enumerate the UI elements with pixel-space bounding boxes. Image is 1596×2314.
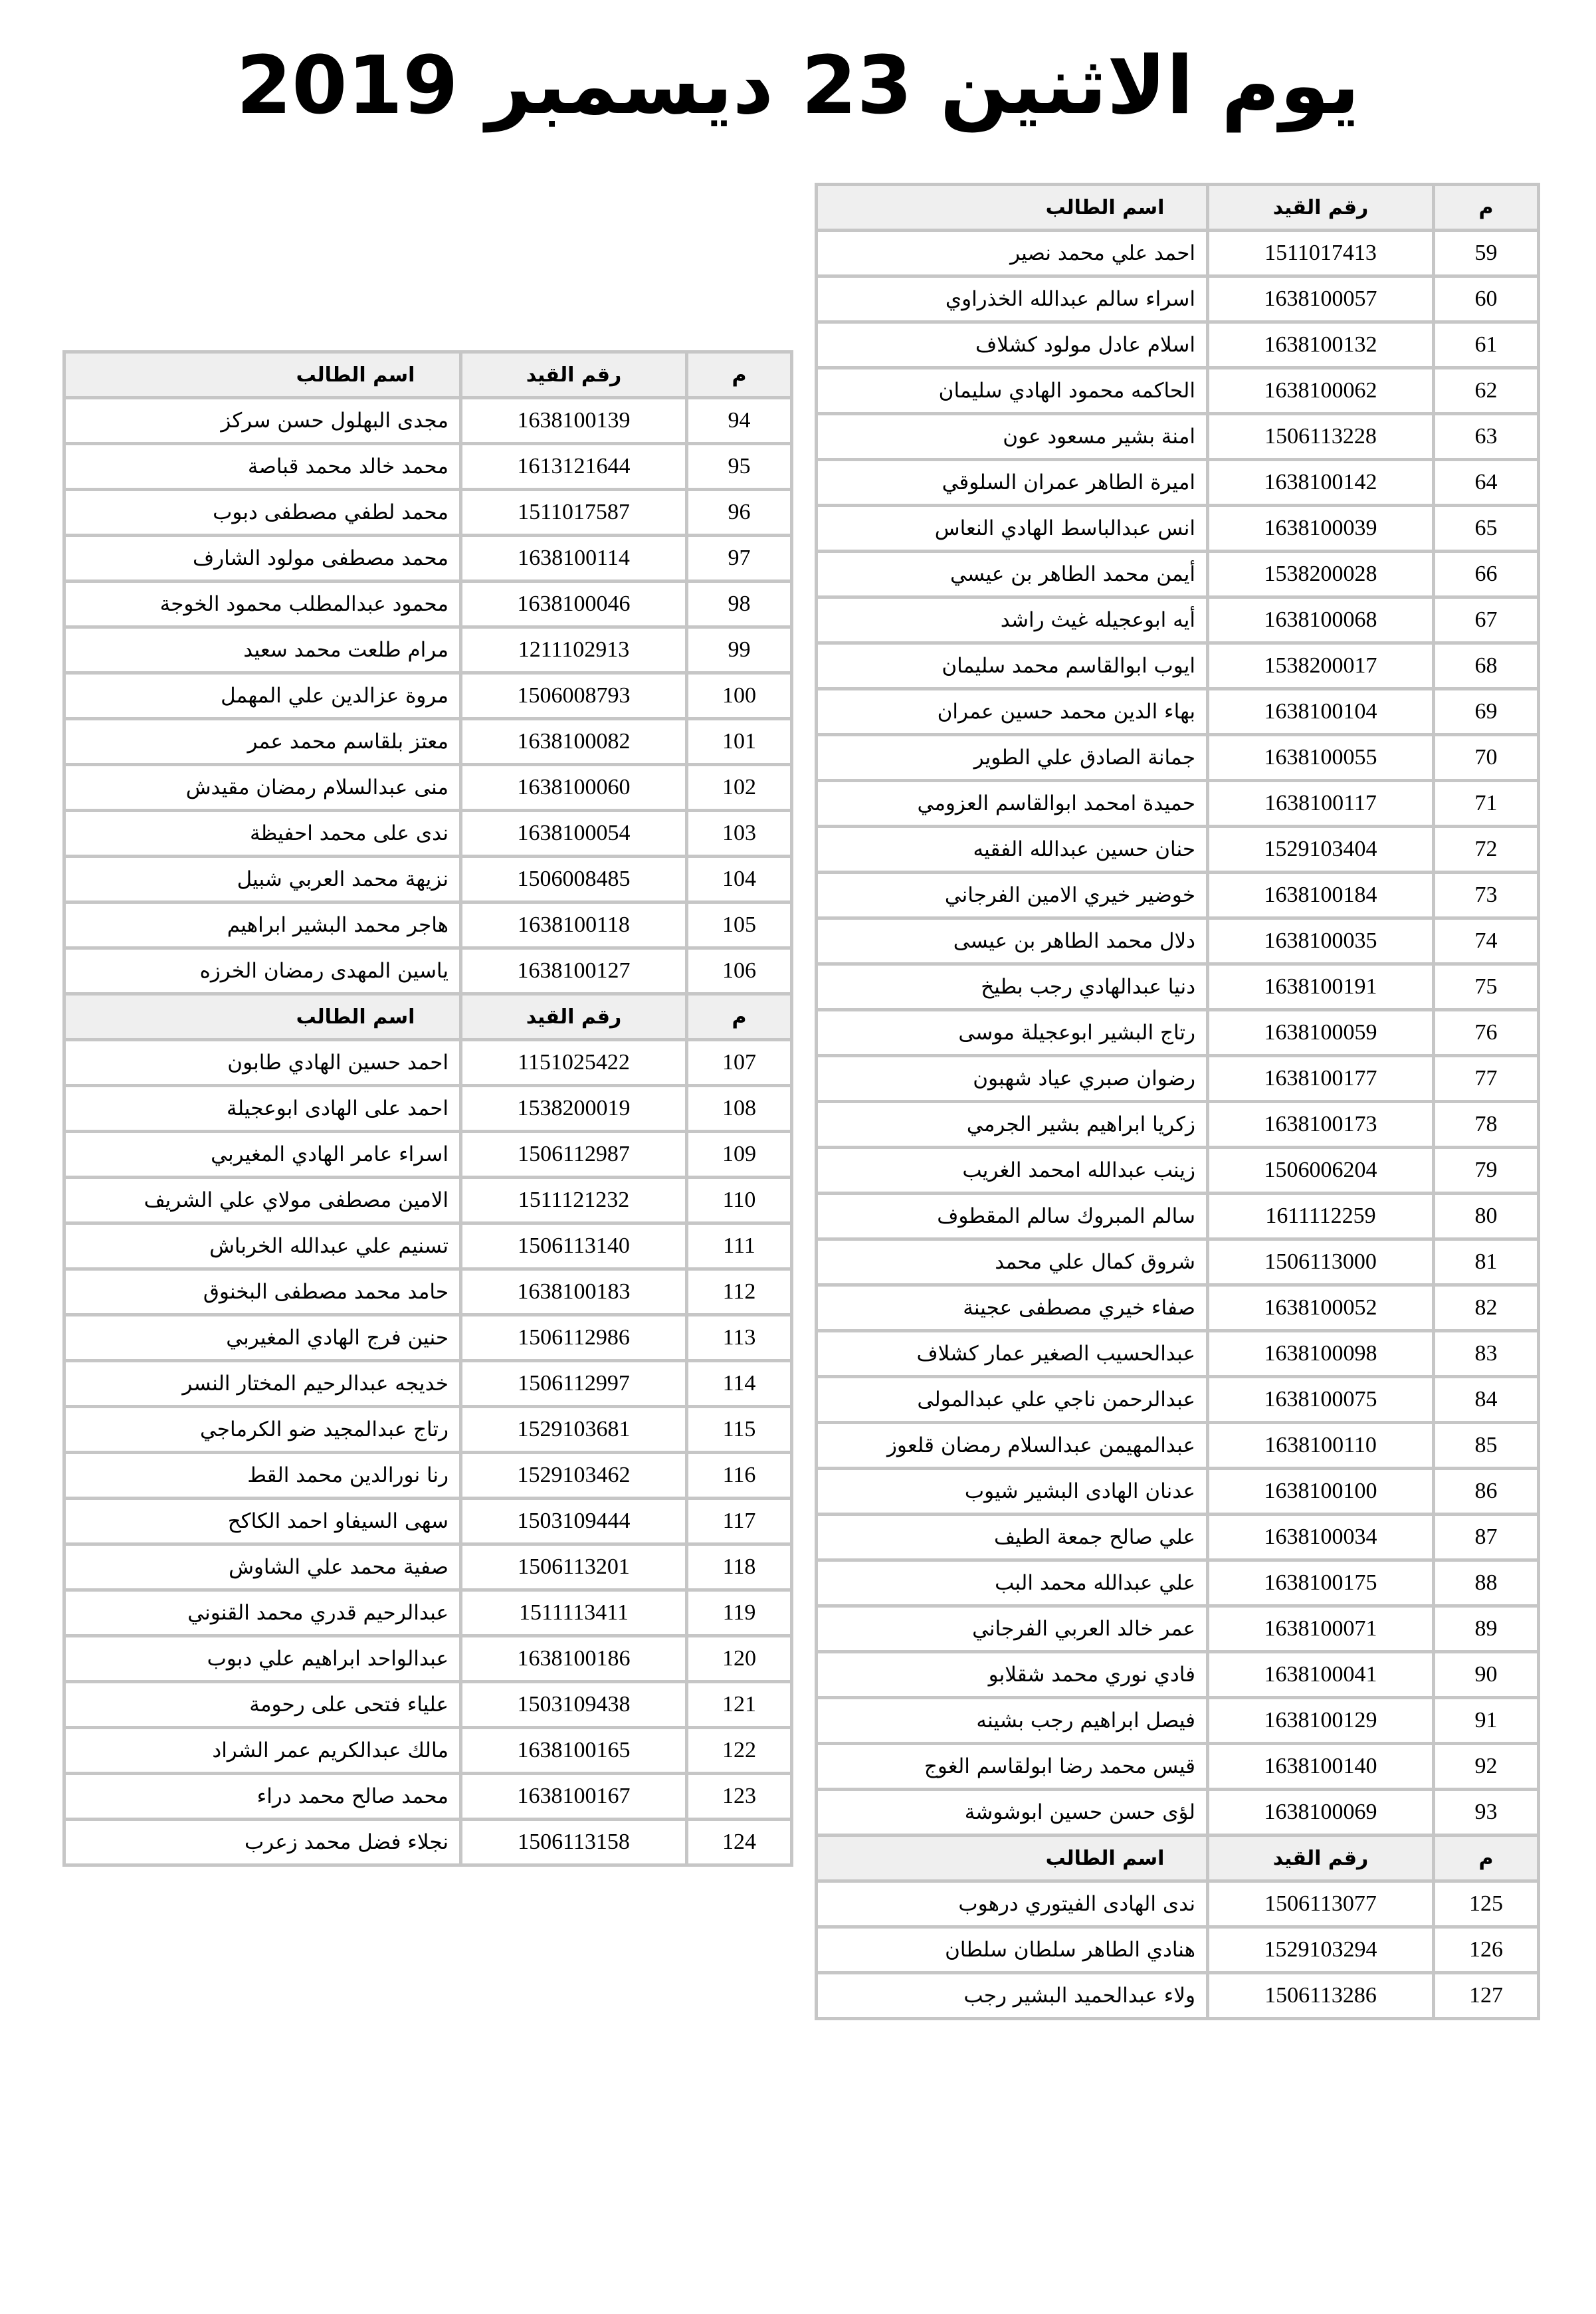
row-index: 109	[687, 1132, 792, 1178]
registration-number: 1638100039	[1208, 506, 1434, 552]
row-index: 71	[1434, 781, 1539, 827]
table-row: 1241506113158نجلاء فضل محمد زعرب	[64, 1820, 792, 1865]
student-name: قيس محمد رضا ابولقاسم الغوج	[817, 1744, 1208, 1790]
table-row: 641638100142اميرة الطاهر عمران السلوقي	[817, 460, 1539, 506]
table-row: 1111506113140تسنيم علي عبدالله الخرباش	[64, 1223, 792, 1269]
student-name: علي عبدالله محمد البب	[817, 1560, 1208, 1606]
row-index: 117	[687, 1499, 792, 1544]
registration-number: 1638100098	[1208, 1331, 1434, 1377]
registration-number: 1529103294	[1208, 1927, 1434, 1973]
registration-number: 1638100034	[1208, 1515, 1434, 1560]
row-index: 102	[687, 765, 792, 811]
registration-number: 1506112986	[461, 1315, 687, 1361]
row-index: 120	[687, 1636, 792, 1682]
registration-number: 1506006204	[1208, 1148, 1434, 1194]
table-row: 931638100069لؤى حسن حسين ابوشوشة	[817, 1790, 1539, 1836]
registration-number: 1638100177	[1208, 1056, 1434, 1102]
row-index: 107	[687, 1040, 792, 1086]
student-name: مرام طلعت محمد سعيد	[64, 627, 461, 673]
registration-number: 1638100104	[1208, 689, 1434, 735]
student-name: انس عبدالباسط الهادي النعاس	[817, 506, 1208, 552]
table-row: 921638100140قيس محمد رضا ابولقاسم الغوج	[817, 1744, 1539, 1790]
registration-number: 1638100129	[1208, 1698, 1434, 1744]
registration-number: 1638100132	[1208, 322, 1434, 368]
student-name: الامين مصطفى مولاي علي الشريف	[64, 1178, 461, 1223]
registration-number: 1638100035	[1208, 918, 1434, 964]
column-header-reg-number: رقم القيد	[1208, 1836, 1434, 1881]
column-header-reg-number: رقم القيد	[1208, 185, 1434, 231]
row-index: 116	[687, 1453, 792, 1499]
table-row: 841638100075عبدالرحمن ناجي علي عبدالمولى	[817, 1377, 1539, 1423]
row-index: 89	[1434, 1606, 1539, 1652]
student-name: تسنيم علي عبدالله الخرباش	[64, 1223, 461, 1269]
table-header-row: مرقم القيداسم الطالب	[817, 1836, 1539, 1881]
student-name: دنيا عبدالهادي رجب بطيخ	[817, 964, 1208, 1010]
student-name: ايوب ابوالقاسم محمد سليمان	[817, 643, 1208, 689]
registration-number: 1506113140	[461, 1223, 687, 1269]
student-name: احمد حسين الهادي طابون	[64, 1040, 461, 1086]
student-name: اسراء عامر الهادي المغيربي	[64, 1132, 461, 1178]
table-row: 981638100046محمود عبدالمطلب محمود الخوجة	[64, 581, 792, 627]
table-row: 721529103404حنان حسين عبدالله الفقيه	[817, 827, 1539, 873]
student-name: حميدة امحمد ابوالقاسم العزومي	[817, 781, 1208, 827]
row-index: 126	[1434, 1927, 1539, 1973]
row-index: 94	[687, 398, 792, 444]
registration-number: 1506113228	[1208, 414, 1434, 460]
row-index: 81	[1434, 1239, 1539, 1285]
student-name: هاجر محمد البشير ابراهيم	[64, 902, 461, 948]
student-name: سهى السيفاو احمد الكاكح	[64, 1499, 461, 1544]
student-name: مجدى البهلول حسن سركز	[64, 398, 461, 444]
registration-number: 1638100100	[1208, 1469, 1434, 1515]
student-name: عدنان الهادى البشير شيوب	[817, 1469, 1208, 1515]
row-index: 72	[1434, 827, 1539, 873]
registration-number: 1529103462	[461, 1453, 687, 1499]
registration-number: 1638100173	[1208, 1102, 1434, 1148]
table-row: 1121638100183حامد محمد مصطفى البخنوق	[64, 1269, 792, 1315]
student-name: لؤى حسن حسين ابوشوشة	[817, 1790, 1208, 1836]
column-header-index: م	[1434, 1836, 1539, 1881]
registration-number: 1506112997	[461, 1361, 687, 1407]
table-row: 601638100057اسراء سالم عبدالله الخذراوي	[817, 276, 1539, 322]
row-index: 99	[687, 627, 792, 673]
registration-number: 1638100139	[461, 398, 687, 444]
table-row: 991211102913مرام طلعت محمد سعيد	[64, 627, 792, 673]
table-row: 761638100059رتاج البشير ابوعجيلة موسى	[817, 1010, 1539, 1056]
table-row: 1171503109444سهى السيفاو احمد الكاكح	[64, 1499, 792, 1544]
table-row: 1191511113411عبدالرحيم قدري محمد القنوني	[64, 1590, 792, 1636]
student-name: عبدالواحد ابراهيم علي دبوب	[64, 1636, 461, 1682]
registration-number: 1638100071	[1208, 1606, 1434, 1652]
row-index: 68	[1434, 643, 1539, 689]
table-row: 1221638100165مالك عبدالكريم عمر الشراد	[64, 1728, 792, 1774]
student-name: معتز بلقاسم محمد عمر	[64, 719, 461, 765]
student-name: ندى الهادى الفيتوري درهوب	[817, 1881, 1208, 1927]
registration-number: 1638100117	[1208, 781, 1434, 827]
registration-number: 1529103681	[461, 1407, 687, 1453]
registration-number: 1506113158	[461, 1820, 687, 1865]
student-name: علي صالح جمعة الطيف	[817, 1515, 1208, 1560]
table-row: 1061638100127ياسين المهدى رمضان الخرزه	[64, 948, 792, 994]
table-row: 1091506112987اسراء عامر الهادي المغيربي	[64, 1132, 792, 1178]
table-row: 1081538200019احمد على الهادى ابوعجيلة	[64, 1086, 792, 1132]
student-name: ندى على محمد احفيظة	[64, 811, 461, 857]
table-row: 911638100129فيصل ابراهيم رجب بشينه	[817, 1698, 1539, 1744]
table-row: 731638100184خوضير خيري الامين الفرجاني	[817, 873, 1539, 918]
registration-number: 1611112259	[1208, 1194, 1434, 1239]
student-name: فيصل ابراهيم رجب بشينه	[817, 1698, 1208, 1744]
registration-number: 1511017413	[1208, 231, 1434, 276]
table-row: 1261529103294هنادي الطاهر سلطان سلطان	[817, 1927, 1539, 1973]
table-row: 1181506113201صفية محمد علي الشاوش	[64, 1544, 792, 1590]
registration-number: 1151025422	[461, 1040, 687, 1086]
student-name: احمد على الهادى ابوعجيلة	[64, 1086, 461, 1132]
table-row: 961511017587محمد لطفي مصطفى دبوب	[64, 490, 792, 536]
row-index: 108	[687, 1086, 792, 1132]
registration-number: 1638100054	[461, 811, 687, 857]
registration-number: 1638100041	[1208, 1652, 1434, 1698]
student-name: اميرة الطاهر عمران السلوقي	[817, 460, 1208, 506]
registration-number: 1511113411	[461, 1590, 687, 1636]
table-row: 1251506113077ندى الهادى الفيتوري درهوب	[817, 1881, 1539, 1927]
student-name: محمد مصطفى مولود الشارف	[64, 536, 461, 581]
registration-number: 1511017587	[461, 490, 687, 536]
registration-number: 1638100118	[461, 902, 687, 948]
student-name: حامد محمد مصطفى البخنوق	[64, 1269, 461, 1315]
table-row: 1141506112997خديجه عبدالرحيم المختار الن…	[64, 1361, 792, 1407]
row-index: 122	[687, 1728, 792, 1774]
table-header-row: مرقم القيداسم الطالب	[64, 352, 792, 398]
students-table-left: مرقم القيداسم الطالب941638100139مجدى الب…	[62, 350, 793, 1867]
table-row: 821638100052صفاء خيري مصطفى عجينة	[817, 1285, 1539, 1331]
table-row: 691638100104بهاء الدين محمد حسين عمران	[817, 689, 1539, 735]
table-row: 801611112259سالم المبروك سالم المقطوف	[817, 1194, 1539, 1239]
row-index: 69	[1434, 689, 1539, 735]
table-row: 661538200028أيمن محمد الطاهر بن عيسي	[817, 552, 1539, 597]
student-name: دلال محمد الطاهر بن عيسى	[817, 918, 1208, 964]
row-index: 105	[687, 902, 792, 948]
row-index: 95	[687, 444, 792, 490]
student-name: شروق كمال علي محمد	[817, 1239, 1208, 1285]
table-row: 711638100117حميدة امحمد ابوالقاسم العزوم…	[817, 781, 1539, 827]
column-header-student-name: اسم الطالب	[817, 1836, 1208, 1881]
student-name: احمد علي محمد نصير	[817, 231, 1208, 276]
table-row: 791506006204زينب عبدالله امحمد الغريب	[817, 1148, 1539, 1194]
registration-number: 1638100186	[461, 1636, 687, 1682]
row-index: 77	[1434, 1056, 1539, 1102]
row-index: 80	[1434, 1194, 1539, 1239]
registration-number: 1638100060	[461, 765, 687, 811]
row-index: 118	[687, 1544, 792, 1590]
student-name: عبدالرحمن ناجي علي عبدالمولى	[817, 1377, 1208, 1423]
table-row: 621638100062الحاكمه محمود الهادي سليمان	[817, 368, 1539, 414]
column-header-student-name: اسم الطالب	[64, 994, 461, 1040]
registration-number: 1638100127	[461, 948, 687, 994]
table-row: 891638100071عمر خالد العربي الفرجاني	[817, 1606, 1539, 1652]
registration-number: 1638100165	[461, 1728, 687, 1774]
student-name: زينب عبدالله امحمد الغريب	[817, 1148, 1208, 1194]
table-row: 941638100139مجدى البهلول حسن سركز	[64, 398, 792, 444]
table-row: 1231638100167محمد صالح محمد دراء	[64, 1774, 792, 1820]
row-index: 114	[687, 1361, 792, 1407]
student-name: منى عبدالسلام رمضان مقيدش	[64, 765, 461, 811]
row-index: 82	[1434, 1285, 1539, 1331]
table-row: 871638100034علي صالح جمعة الطيف	[817, 1515, 1539, 1560]
student-name: عبدالمهيمن عبدالسلام رمضان قلعوز	[817, 1423, 1208, 1469]
row-index: 93	[1434, 1790, 1539, 1836]
registration-number: 1638100046	[461, 581, 687, 627]
row-index: 121	[687, 1682, 792, 1728]
table-row: 1031638100054ندى على محمد احفيظة	[64, 811, 792, 857]
table-header-row: مرقم القيداسم الطالب	[64, 994, 792, 1040]
registration-number: 1638100114	[461, 536, 687, 581]
registration-number: 1506113201	[461, 1544, 687, 1590]
table-row: 701638100055جمانة الصادق علي الطوير	[817, 735, 1539, 781]
student-name: عمر خالد العربي الفرجاني	[817, 1606, 1208, 1652]
registration-number: 1506008485	[461, 857, 687, 902]
student-name: جمانة الصادق علي الطوير	[817, 735, 1208, 781]
student-name: رنا نورالدين محمد القط	[64, 1453, 461, 1499]
table-row: 861638100100عدنان الهادى البشير شيوب	[817, 1469, 1539, 1515]
student-name: نجلاء فضل محمد زعرب	[64, 1820, 461, 1865]
registration-number: 1638100167	[461, 1774, 687, 1820]
table-row: 951613121644محمد خالد محمد قباصة	[64, 444, 792, 490]
table-row: 1131506112986حنين فرج الهادي المغيربي	[64, 1315, 792, 1361]
row-index: 79	[1434, 1148, 1539, 1194]
registration-number: 1638100055	[1208, 735, 1434, 781]
students-table-right: مرقم القيداسم الطالب591511017413احمد علي…	[815, 183, 1540, 2020]
table-row: 751638100191دنيا عبدالهادي رجب بطيخ	[817, 964, 1539, 1010]
registration-number: 1638100142	[1208, 460, 1434, 506]
student-name: أيمن محمد الطاهر بن عيسي	[817, 552, 1208, 597]
registration-number: 1529103404	[1208, 827, 1434, 873]
table-row: 741638100035دلال محمد الطاهر بن عيسى	[817, 918, 1539, 964]
student-name: عبدالحسيب الصغير عمار كشلاف	[817, 1331, 1208, 1377]
column-header-index: م	[687, 352, 792, 398]
row-index: 84	[1434, 1377, 1539, 1423]
table-row: 1021638100060منى عبدالسلام رمضان مقيدش	[64, 765, 792, 811]
row-index: 125	[1434, 1881, 1539, 1927]
row-index: 100	[687, 673, 792, 719]
registration-number: 1538200017	[1208, 643, 1434, 689]
table-row: 1041506008485نزيهة محمد العربي شبيل	[64, 857, 792, 902]
registration-number: 1638100059	[1208, 1010, 1434, 1056]
row-index: 60	[1434, 276, 1539, 322]
registration-number: 1638100057	[1208, 276, 1434, 322]
student-name: صفية محمد علي الشاوش	[64, 1544, 461, 1590]
registration-number: 1506113077	[1208, 1881, 1434, 1927]
student-name: رضوان صبري عياد شهبون	[817, 1056, 1208, 1102]
table-row: 1011638100082معتز بلقاسم محمد عمر	[64, 719, 792, 765]
column-header-student-name: اسم الطالب	[817, 185, 1208, 231]
row-index: 88	[1434, 1560, 1539, 1606]
student-name: أيه ابوعجيله غيث راشد	[817, 597, 1208, 643]
row-index: 90	[1434, 1652, 1539, 1698]
table-row: 1211503109438علياء فتحى على رحومة	[64, 1682, 792, 1728]
row-index: 92	[1434, 1744, 1539, 1790]
row-index: 87	[1434, 1515, 1539, 1560]
table-row: 1151529103681رتاج عبدالمجيد ضو الكرماجي	[64, 1407, 792, 1453]
student-name: علياء فتحى على رحومة	[64, 1682, 461, 1728]
row-index: 85	[1434, 1423, 1539, 1469]
row-index: 74	[1434, 918, 1539, 964]
registration-number: 1506113286	[1208, 1973, 1434, 2019]
student-name: اسراء سالم عبدالله الخذراوي	[817, 276, 1208, 322]
row-index: 59	[1434, 231, 1539, 276]
student-name: سالم المبروك سالم المقطوف	[817, 1194, 1208, 1239]
registration-number: 1538200028	[1208, 552, 1434, 597]
row-index: 110	[687, 1178, 792, 1223]
table-row: 1161529103462رنا نورالدين محمد القط	[64, 1453, 792, 1499]
table-row: 811506113000شروق كمال علي محمد	[817, 1239, 1539, 1285]
registration-number: 1638100069	[1208, 1790, 1434, 1836]
registration-number: 1511121232	[461, 1178, 687, 1223]
registration-number: 1613121644	[461, 444, 687, 490]
registration-number: 1503109444	[461, 1499, 687, 1544]
row-index: 67	[1434, 597, 1539, 643]
row-index: 75	[1434, 964, 1539, 1010]
student-name: ياسين المهدى رمضان الخرزه	[64, 948, 461, 994]
student-name: بهاء الدين محمد حسين عمران	[817, 689, 1208, 735]
registration-number: 1638100052	[1208, 1285, 1434, 1331]
registration-number: 1506008793	[461, 673, 687, 719]
row-index: 115	[687, 1407, 792, 1453]
column-header-reg-number: رقم القيد	[461, 352, 687, 398]
row-index: 76	[1434, 1010, 1539, 1056]
table-row: 781638100173زكريا ابراهيم بشير الجرمي	[817, 1102, 1539, 1148]
row-index: 70	[1434, 735, 1539, 781]
table-row: 971638100114محمد مصطفى مولود الشارف	[64, 536, 792, 581]
student-name: مروة عزالدين علي المهمل	[64, 673, 461, 719]
student-name: فادي نوري محمد شقلابو	[817, 1652, 1208, 1698]
row-index: 65	[1434, 506, 1539, 552]
registration-number: 1638100184	[1208, 873, 1434, 918]
row-index: 73	[1434, 873, 1539, 918]
row-index: 123	[687, 1774, 792, 1820]
row-index: 62	[1434, 368, 1539, 414]
column-header-index: م	[1434, 185, 1539, 231]
column-header-index: م	[687, 994, 792, 1040]
row-index: 103	[687, 811, 792, 857]
registration-number: 1538200019	[461, 1086, 687, 1132]
student-name: مالك عبدالكريم عمر الشراد	[64, 1728, 461, 1774]
row-index: 64	[1434, 460, 1539, 506]
page-title: يوم الاثنين 23 ديسمبر 2019	[0, 33, 1596, 140]
student-name: اسلام عادل مولود كشلاف	[817, 322, 1208, 368]
row-index: 91	[1434, 1698, 1539, 1744]
row-index: 119	[687, 1590, 792, 1636]
student-name: محمد لطفي مصطفى دبوب	[64, 490, 461, 536]
student-name: نزيهة محمد العربي شبيل	[64, 857, 461, 902]
table-row: 901638100041فادي نوري محمد شقلابو	[817, 1652, 1539, 1698]
table-row: 611638100132اسلام عادل مولود كشلاف	[817, 322, 1539, 368]
table-row: 1101511121232الامين مصطفى مولاي علي الشر…	[64, 1178, 792, 1223]
student-name: صفاء خيري مصطفى عجينة	[817, 1285, 1208, 1331]
registration-number: 1211102913	[461, 627, 687, 673]
registration-number: 1638100082	[461, 719, 687, 765]
row-index: 61	[1434, 322, 1539, 368]
row-index: 113	[687, 1315, 792, 1361]
student-name: رتاج البشير ابوعجيلة موسى	[817, 1010, 1208, 1056]
registration-number: 1638100075	[1208, 1377, 1434, 1423]
student-name: حنان حسين عبدالله الفقيه	[817, 827, 1208, 873]
student-name: خديجه عبدالرحيم المختار النسر	[64, 1361, 461, 1407]
row-index: 101	[687, 719, 792, 765]
row-index: 66	[1434, 552, 1539, 597]
registration-number: 1503109438	[461, 1682, 687, 1728]
row-index: 97	[687, 536, 792, 581]
table-row: 1271506113286ولاء عبدالحميد البشير رجب	[817, 1973, 1539, 2019]
registration-number: 1506112987	[461, 1132, 687, 1178]
table-row: 881638100175علي عبدالله محمد البب	[817, 1560, 1539, 1606]
registration-number: 1638100175	[1208, 1560, 1434, 1606]
table-row: 671638100068أيه ابوعجيله غيث راشد	[817, 597, 1539, 643]
table-row: 1071151025422احمد حسين الهادي طابون	[64, 1040, 792, 1086]
table-row: 851638100110عبدالمهيمن عبدالسلام رمضان ق…	[817, 1423, 1539, 1469]
row-index: 83	[1434, 1331, 1539, 1377]
student-name: رتاج عبدالمجيد ضو الكرماجي	[64, 1407, 461, 1453]
table-row: 1201638100186عبدالواحد ابراهيم علي دبوب	[64, 1636, 792, 1682]
column-header-reg-number: رقم القيد	[461, 994, 687, 1040]
registration-number: 1638100183	[461, 1269, 687, 1315]
table-row: 631506113228امنة بشير مسعود عون	[817, 414, 1539, 460]
row-index: 124	[687, 1820, 792, 1865]
row-index: 127	[1434, 1973, 1539, 2019]
table-header-row: مرقم القيداسم الطالب	[817, 185, 1539, 231]
row-index: 106	[687, 948, 792, 994]
table-row: 831638100098عبدالحسيب الصغير عمار كشلاف	[817, 1331, 1539, 1377]
row-index: 78	[1434, 1102, 1539, 1148]
row-index: 98	[687, 581, 792, 627]
registration-number: 1638100110	[1208, 1423, 1434, 1469]
student-name: هنادي الطاهر سلطان سلطان	[817, 1927, 1208, 1973]
student-name: خوضير خيري الامين الفرجاني	[817, 873, 1208, 918]
table-row: 771638100177رضوان صبري عياد شهبون	[817, 1056, 1539, 1102]
student-name: محمد خالد محمد قباصة	[64, 444, 461, 490]
student-name: ولاء عبدالحميد البشير رجب	[817, 1973, 1208, 2019]
registration-number: 1506113000	[1208, 1239, 1434, 1285]
table-row: 1001506008793مروة عزالدين علي المهمل	[64, 673, 792, 719]
row-index: 112	[687, 1269, 792, 1315]
student-name: محمد صالح محمد دراء	[64, 1774, 461, 1820]
student-name: امنة بشير مسعود عون	[817, 414, 1208, 460]
row-index: 111	[687, 1223, 792, 1269]
student-name: حنين فرج الهادي المغيربي	[64, 1315, 461, 1361]
registration-number: 1638100062	[1208, 368, 1434, 414]
student-name: محمود عبدالمطلب محمود الخوجة	[64, 581, 461, 627]
student-name: زكريا ابراهيم بشير الجرمي	[817, 1102, 1208, 1148]
row-index: 104	[687, 857, 792, 902]
registration-number: 1638100191	[1208, 964, 1434, 1010]
registration-number: 1638100140	[1208, 1744, 1434, 1790]
table-row: 651638100039انس عبدالباسط الهادي النعاس	[817, 506, 1539, 552]
column-header-student-name: اسم الطالب	[64, 352, 461, 398]
student-name: الحاكمه محمود الهادي سليمان	[817, 368, 1208, 414]
row-index: 96	[687, 490, 792, 536]
table-row: 1051638100118هاجر محمد البشير ابراهيم	[64, 902, 792, 948]
table-row: 591511017413احمد علي محمد نصير	[817, 231, 1539, 276]
row-index: 63	[1434, 414, 1539, 460]
registration-number: 1638100068	[1208, 597, 1434, 643]
row-index: 86	[1434, 1469, 1539, 1515]
table-row: 681538200017ايوب ابوالقاسم محمد سليمان	[817, 643, 1539, 689]
student-name: عبدالرحيم قدري محمد القنوني	[64, 1590, 461, 1636]
